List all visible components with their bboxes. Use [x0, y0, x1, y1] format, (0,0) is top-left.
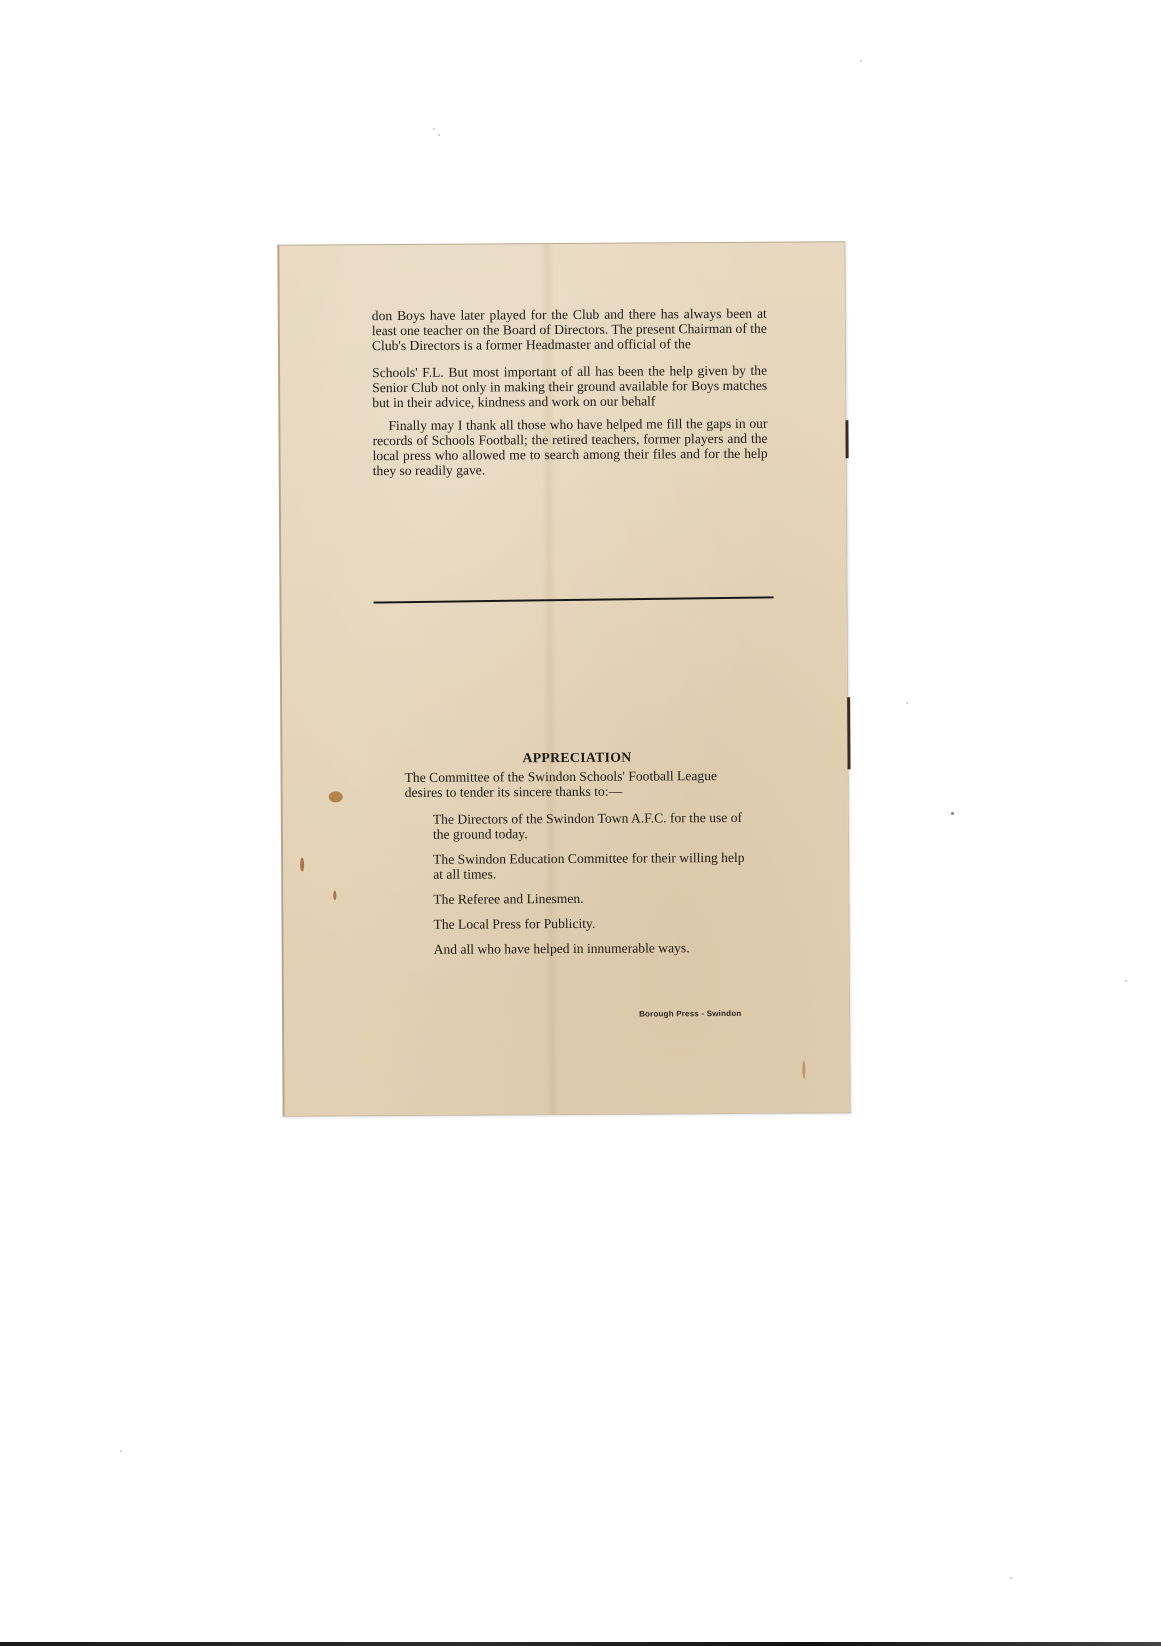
stain-mark	[300, 858, 304, 872]
scan-speck	[860, 60, 862, 62]
appreciation-intro: The Committee of the Swindon Schools' Fo…	[405, 768, 750, 800]
paragraph: Schools' F.L. But most important of all …	[372, 363, 767, 410]
stain-mark	[329, 791, 343, 802]
list-item: And all who have helped in innumerable w…	[434, 940, 751, 957]
list-item: The Directors of the Swindon Town A.F.C.…	[433, 810, 750, 842]
scan-speck	[120, 1450, 122, 1452]
list-item: The Local Press for Publicity.	[433, 915, 750, 932]
binding-mark	[845, 420, 848, 458]
appreciation-section: APPRECIATION The Committee of the Swindo…	[404, 749, 750, 967]
binding-mark	[847, 697, 850, 769]
horizontal-rule	[374, 596, 774, 603]
scan-speck	[1125, 980, 1127, 982]
list-item: The Swindon Education Committee for thei…	[433, 850, 750, 882]
paragraph: don Boys have later played for the Club …	[372, 306, 767, 353]
paragraph: Finally may I thank all those who have h…	[372, 416, 767, 478]
section-heading: APPRECIATION	[404, 749, 749, 766]
thanks-list: The Directors of the Swindon Town A.F.C.…	[405, 810, 751, 957]
scan-speck	[951, 812, 954, 815]
closing-remarks: don Boys have later played for the Club …	[372, 306, 768, 478]
booklet-page: don Boys have later played for the Club …	[277, 241, 850, 1116]
scan-speck	[906, 702, 908, 704]
scanner-edge	[0, 1642, 1161, 1646]
scan-speck	[1010, 1577, 1012, 1579]
list-item: The Referee and Linesmen.	[433, 890, 750, 907]
stain-mark	[802, 1061, 805, 1079]
scan-speck	[433, 128, 435, 130]
stain-mark	[333, 890, 336, 900]
scan-speck	[438, 134, 440, 136]
printer-imprint: Borough Press - Swindon	[639, 1009, 741, 1019]
